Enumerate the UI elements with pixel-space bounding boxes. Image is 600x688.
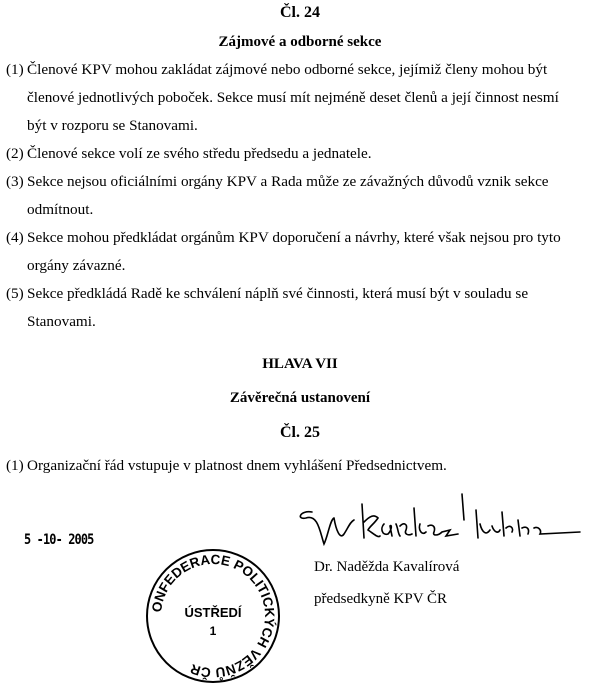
paragraph-line: (1)Organizační řád vstupuje v platnost d… — [6, 452, 598, 480]
paragraph-text: Stanovami. — [27, 313, 96, 330]
paragraph-line: Stanovami. — [6, 308, 598, 336]
paragraph-text: Sekce předkládá Radě ke schválení náplň … — [27, 285, 528, 302]
article-25-paragraphs: (1)Organizační řád vstupuje v platnost d… — [6, 452, 598, 480]
article-25-heading: Čl. 25 — [0, 424, 600, 442]
handwritten-signature — [290, 490, 590, 550]
paragraph-text: odmítnout. — [27, 201, 93, 218]
paragraph-line: (3)Sekce nejsou oficiálními orgány KPV a… — [6, 168, 598, 196]
paragraph-text: Členové KPV mohou zakládat zájmové nebo … — [27, 61, 547, 78]
paragraph-line: (4)Sekce mohou předkládat orgánům KPV do… — [6, 224, 598, 252]
paragraph-line: orgány závazné. — [6, 252, 598, 280]
paragraph-text: orgány závazné. — [27, 257, 125, 274]
paragraph-text: být v rozporu se Stanovami. — [27, 117, 198, 134]
paragraph-text: Organizační řád vstupuje v platnost dnem… — [27, 457, 447, 474]
paragraph-number: (1) — [6, 56, 27, 84]
article-24-title: Zájmové a odborné sekce — [0, 34, 600, 51]
paragraph-number: (4) — [6, 224, 27, 252]
paragraph-line: (2)Členové sekce volí ze svého středu př… — [6, 140, 598, 168]
paragraph-line: (1)Členové KPV mohou zakládat zájmové ne… — [6, 56, 598, 84]
signer-role: předsedkyně KPV ČR — [314, 591, 447, 608]
stamp-center-text: ÚSTŘEDÍ — [184, 605, 241, 620]
date-stamp: 5 -10- 2005 — [24, 532, 93, 548]
paragraph-number: (3) — [6, 168, 27, 196]
signer-name: Dr. Naděžda Kavalírová — [314, 559, 459, 576]
paragraph-number: (5) — [6, 280, 27, 308]
article-24-paragraphs: (1)Členové KPV mohou zakládat zájmové ne… — [6, 56, 598, 336]
paragraph-text: Členové sekce volí ze svého středu předs… — [27, 145, 372, 162]
paragraph-text: členové jednotlivých poboček. Sekce musí… — [27, 89, 559, 106]
chapter-heading: HLAVA VII — [0, 356, 600, 373]
paragraph-line: odmítnout. — [6, 196, 598, 224]
paragraph-text: Sekce mohou předkládat orgánům KPV dopor… — [27, 229, 561, 246]
article-24-heading: Čl. 24 — [0, 4, 600, 22]
paragraph-line: (5)Sekce předkládá Radě ke schválení náp… — [6, 280, 598, 308]
paragraph-number: (2) — [6, 140, 27, 168]
paragraph-line: členové jednotlivých poboček. Sekce musí… — [6, 84, 598, 112]
chapter-title: Závěrečná ustanovení — [0, 390, 600, 407]
paragraph-line: být v rozporu se Stanovami. — [6, 112, 598, 140]
paragraph-text: Sekce nejsou oficiálními orgány KPV a Ra… — [27, 173, 549, 190]
official-stamp: KONFEDERACE POLITICKÝCH VĚZŇŮ ČR ÚSTŘEDÍ… — [144, 547, 282, 685]
stamp-number: 1 — [210, 624, 217, 638]
paragraph-number: (1) — [6, 452, 27, 480]
